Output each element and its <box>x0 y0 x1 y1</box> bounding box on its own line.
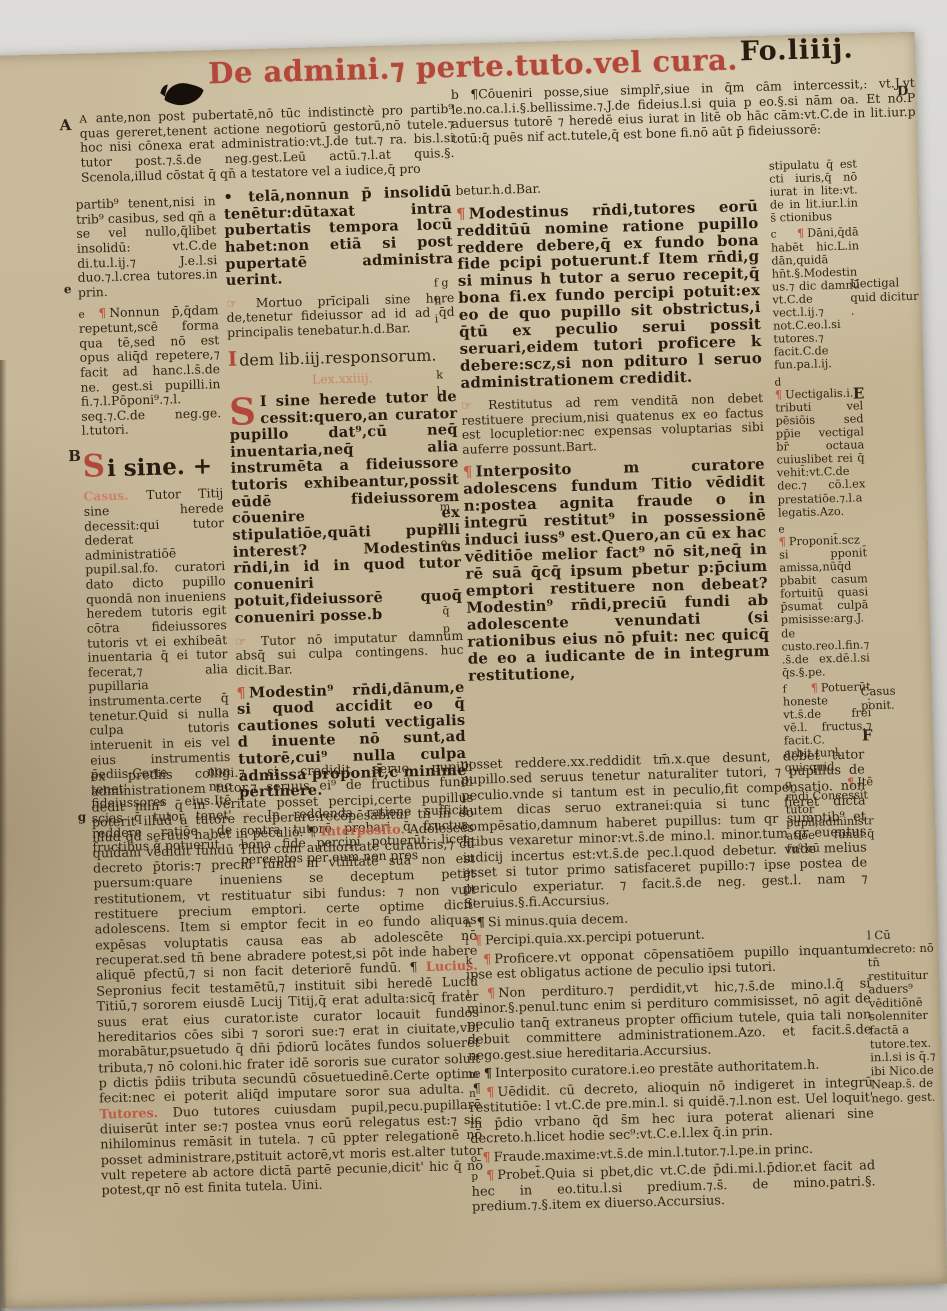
text-block: e ¶Proponit̄.scz si pponit̄ amissa,nūq̄d… <box>778 520 870 679</box>
text-run: Duo tutores cuiusdam pupil,pecu.pupillar… <box>100 1097 483 1199</box>
pilcrow-mark: ¶ <box>483 952 495 967</box>
margin-note: q̄ <box>442 604 464 618</box>
text-block: p ¶Probet̄.Quia si pbet,dic vt.C.de p̄di… <box>471 1158 876 1215</box>
photo-edge-shadow <box>0 360 7 1311</box>
text-run: telā,nonnun p̄ insolidū tenētur:dūtaxat … <box>224 183 454 289</box>
text-run: stipulatu q̄ est cti iuris,q̄ nō iurat i… <box>769 157 858 225</box>
text-block: ex prediis colligi.⁊ si credidit seruo p… <box>90 760 483 1199</box>
bottom-left-block: ex prediis colligi.⁊ si credidit seruo p… <box>90 760 483 1202</box>
text-run: ante,non post pubertatē,nō tūc indistinc… <box>80 101 455 184</box>
text-run: Dāni,q̄dā habēt hic.L.in dān,quidā hn̄t.… <box>771 226 860 372</box>
paragraph-bullet: • <box>223 188 248 206</box>
text-run: Si minus.quia decem. <box>488 911 629 930</box>
gloss-ref-letter: i <box>465 936 474 948</box>
pilcrow-mark: ¶ <box>487 986 499 1001</box>
margin-note: l <box>437 384 459 398</box>
bottom-right-block: posset reddere.xx.reddidit tm̄.x.que des… <box>460 747 876 1218</box>
margin-note: p <box>443 622 465 636</box>
photo-backdrop: { "colors":{"page":"#cdbfa0","ink":"#2e2… <box>0 0 947 1311</box>
gloss-ref-letter: p <box>471 1171 486 1183</box>
text-run: posset reddere.xx.reddidit tm̄.x.que des… <box>460 747 867 912</box>
text-run: Adolescēs quidam vēdidit fundū Titio cum… <box>92 821 477 984</box>
drop-cap: S <box>229 394 261 428</box>
manicule-icon: ☞ <box>235 633 261 649</box>
manicule-icon: ☞ <box>461 397 488 413</box>
margin-note: i <box>435 312 457 326</box>
left-intro-block: A ante,non post pubertatē,nō tūc indisti… <box>79 102 455 192</box>
margin-note: B <box>68 447 86 465</box>
text-run: Lex.xxiiij. <box>312 370 373 387</box>
text-run: Non perdituro.⁊ perdidit,vt hic,⁊.s̄.de … <box>467 976 872 1063</box>
text-block: Idem lib.iij.responsorum. <box>227 342 456 372</box>
margin-note: F <box>862 726 932 746</box>
pilcrow-mark: ¶ <box>456 204 469 222</box>
text-block: n ¶Uēdidit. cū decreto, alioquin nō indi… <box>469 1075 874 1147</box>
pilcrow-mark: ¶ <box>236 684 249 701</box>
text-block: c ¶Dāni,q̄dā habēt hic.L.in dān,quidā hn… <box>771 226 863 372</box>
right-top-block: b ¶Cōueniri posse,siue simplr̄,siue in q… <box>451 76 917 154</box>
margin-note: g <box>78 810 96 824</box>
margin-note: o <box>440 536 462 550</box>
text-run: Nonnun p̄,q̄dam repetunt,scē forma qua t… <box>79 303 222 439</box>
gloss-ref-letter: n <box>469 1087 487 1099</box>
gloss-ref-letter: o <box>471 1152 483 1164</box>
text-run: Probet̄.Quia si pbet,dic vt.C.de p̄di.mi… <box>471 1158 875 1215</box>
pilcrow-mark: ¶ <box>474 934 486 949</box>
text-run: betur.h.d.Bar. <box>455 181 541 198</box>
pilcrow-mark: ¶ <box>486 1168 498 1183</box>
right-main-column: betur.h.d.Bar.¶Modestinus rn̄di,tutores … <box>455 176 770 691</box>
gloss-ref-letter: m <box>468 1069 484 1081</box>
gloss-ref-letter: d <box>774 376 783 388</box>
text-run: Tutores. <box>99 1106 158 1123</box>
gutter-reference-letters: f ghiklmnoq̄p <box>428 44 450 45</box>
pilcrow-mark: ¶ <box>477 915 489 930</box>
gloss-ref-letter: l <box>466 988 487 1001</box>
pilcrow-mark: ¶ <box>98 305 109 320</box>
text-run: Interposito m curatore adolescens fundum… <box>463 455 770 684</box>
gloss-ref-letter: e <box>78 309 98 322</box>
pilcrow-mark: ¶ <box>484 1066 496 1081</box>
margin-note: Uectigal quid dicitur . <box>850 276 921 319</box>
far-margin-notes: Uectigal quid dicitur .ECasus ponit.Fl C… <box>843 32 913 34</box>
text-block: posset reddere.xx.reddidit tm̄.x.que des… <box>460 747 868 912</box>
gloss-ref-letter: k <box>465 954 483 966</box>
text-run: dem lib.iij.responsorum. <box>239 345 437 369</box>
text-run: Uēdidit. cū decreto, alioquin nō indiger… <box>469 1075 874 1147</box>
text-run: Percipi.quia.xx.percipi potuerunt. <box>485 928 705 949</box>
text-block: stipulatu q̄ est cti iuris,q̄ nō iurat i… <box>769 157 859 225</box>
margin-note: A <box>59 116 77 134</box>
text-block: betur.h.d.Bar. <box>455 176 757 199</box>
text-block: ☞ Mortuo prīcipali sine here de,tenetur … <box>226 291 455 341</box>
text-block: e ¶Nonnun p̄,q̄dam repetunt,scē forma qu… <box>78 304 221 439</box>
text-run: Mortuo prīcipali sine here de,tenetur fi… <box>227 290 455 340</box>
book-page: De admini.⁊ perte.tuto.vel cura. Fo.liii… <box>0 32 947 1308</box>
pilcrow-mark: ¶ <box>463 463 476 481</box>
margin-note: h <box>434 294 456 308</box>
text-run: I sine herede tutor de cessit:quero,an c… <box>230 388 463 627</box>
pilcrow-mark: ¶ <box>775 387 786 401</box>
pilcrow-mark: ¶ <box>797 226 808 240</box>
pilcrow-mark: ¶ <box>779 534 790 548</box>
text-block: l ¶Non perdituro.⁊ perdidit,vt hic,⁊.s̄.… <box>466 976 872 1064</box>
folio-number: Fo.liiij. <box>740 33 855 67</box>
text-block: b ¶Cōueniri posse,siue simplr̄,siue in q… <box>451 76 916 147</box>
text-block: ¶Interposito m curatore adolescens fundu… <box>463 456 771 684</box>
text-run: Modestinus rn̄di,tutores eorū redditūū n… <box>456 197 762 392</box>
text-run: Tutor nō imputatur damnum absq̄ sui culp… <box>235 628 463 678</box>
text-run: Restitutus ad rem venditā non debet rest… <box>461 390 764 457</box>
text-run: Uectigalis.i. tributi vel pēsiōis sed pp… <box>775 386 865 519</box>
text-block: • telā,nonnun p̄ insolidū tenētur:dūtaxa… <box>223 184 454 290</box>
text-run: Sepronius fecit testamētū,⁊ instituit si… <box>96 974 481 1106</box>
margin-note: k <box>436 368 458 382</box>
gloss-ref-letter: h <box>464 917 476 929</box>
margin-note: E <box>853 384 923 404</box>
text-run: i sine. + <box>107 452 213 482</box>
text-block: SI sine herede tutor de cessit:quero,an … <box>229 389 463 628</box>
text-block: ☞ Tutor nō imputatur damnum absq̄ sui cu… <box>235 629 464 679</box>
text-run: Interposito. <box>320 823 405 840</box>
gloss-ref-letter: f <box>782 683 810 696</box>
margin-note: Casus ponit. <box>861 684 932 713</box>
text-block: partib⁹ tenent,nisi in trib⁹ casibus, se… <box>76 194 219 300</box>
text-run: Proponit̄.scz si pponit̄ amissa,nūq̄d pb… <box>779 533 870 679</box>
text-block: ¶Modestinus rn̄di,tutores eorū redditūū … <box>456 198 763 392</box>
margin-note: m <box>440 500 462 514</box>
pilcrow-mark: ¶ <box>482 1150 494 1165</box>
text-block: Si sine. + <box>82 445 223 485</box>
left-margin-column: partib⁹ tenent,nisi in trib⁹ casibus, se… <box>76 194 233 862</box>
margin-note: f g <box>434 276 456 290</box>
text-run: partib⁹ tenent,nisi in trib⁹ casibus, se… <box>75 193 217 299</box>
manicule-icon: ☞ <box>226 295 256 311</box>
margin-note: e <box>64 282 82 296</box>
gloss-ref-letter: c <box>771 228 798 241</box>
margin-note: l Cū decreto: nō tn̄ restituitur aduers⁹… <box>867 928 942 1106</box>
text-run: b ¶Cōueniri posse,siue simplr̄,siue in q… <box>451 75 916 146</box>
margin-note: n <box>440 520 462 534</box>
text-block: ☞ Restitutus ad rem venditā non debet re… <box>461 391 764 457</box>
text-block: Lex.xxiiij. <box>228 369 456 390</box>
gloss-ref-letter: A <box>79 113 96 125</box>
text-block: A ante,non post pubertatē,nō tūc indisti… <box>79 102 455 185</box>
